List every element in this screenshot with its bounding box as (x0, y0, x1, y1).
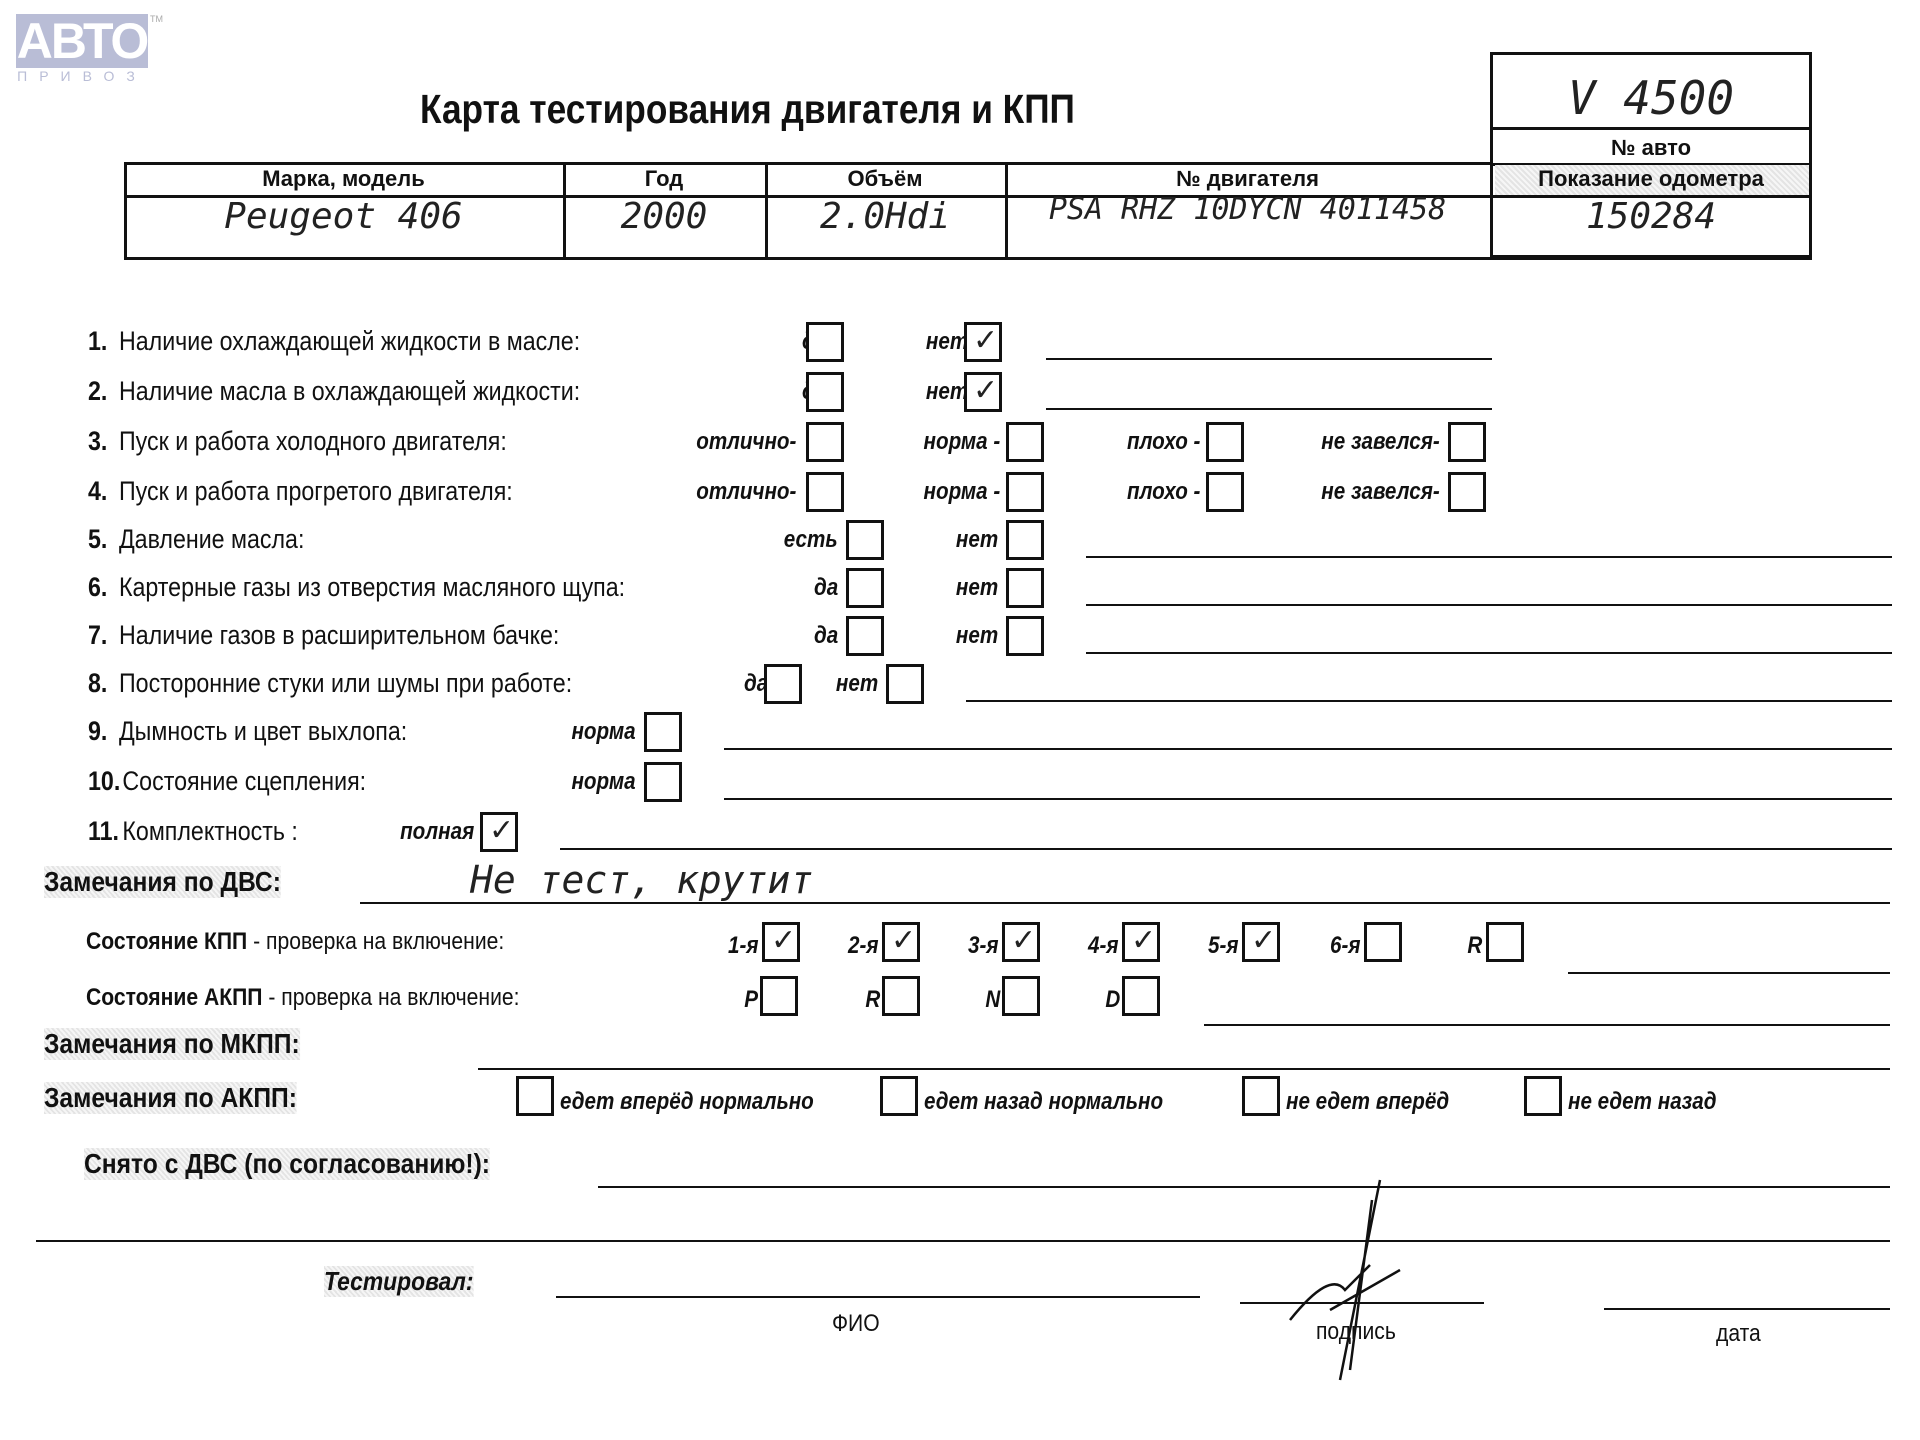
item-label: Дымность и цвет выхлопа: (119, 716, 407, 746)
check-mark-icon: ✓ (771, 923, 796, 958)
item-number: 5. (88, 524, 119, 555)
auto-gearbox-label: Состояние АКПП - проверка на включение: (86, 984, 519, 1012)
item-label: Наличие охлаждающей жидкости в масле: (119, 326, 580, 356)
car-number-value[interactable]: V 4500 (1493, 71, 1809, 125)
mkpp-remarks-label: Замечания по МКПП: (44, 1028, 300, 1060)
checklist-item: 10.Состояние сцепления: (88, 766, 366, 797)
item-number: 10. (88, 766, 122, 797)
checklist-item: 8.Посторонние стуки или шумы при работе: (88, 668, 572, 699)
item-number: 9. (88, 716, 119, 747)
option-checkbox[interactable] (644, 762, 682, 802)
option-checkbox[interactable] (846, 616, 884, 656)
option-label: нет (956, 622, 998, 650)
option-label: нет (836, 670, 878, 698)
item-label: Комплектность : (122, 816, 297, 846)
item-number: 11. (88, 816, 122, 847)
cell-value[interactable]: Peugeot 406 (124, 196, 563, 237)
option-label: плохо - (1127, 478, 1200, 506)
gear-checkbox[interactable]: ✓ (1002, 922, 1040, 962)
option-checkbox[interactable] (886, 664, 924, 704)
item-number: 3. (88, 426, 119, 457)
cell-value[interactable]: 2000 (563, 196, 765, 237)
column-header: Марка, модель (124, 166, 563, 192)
option-label: норма (572, 718, 636, 746)
item-number: 1. (88, 326, 119, 357)
option-checkbox[interactable] (1448, 422, 1486, 462)
position-checkbox[interactable] (1002, 976, 1040, 1016)
option-checkbox[interactable] (806, 372, 844, 412)
option-label: нет (926, 328, 968, 356)
gear-label: 5-я (1207, 932, 1238, 960)
item-number: 2. (88, 376, 119, 407)
option-label: отлично- (696, 428, 796, 456)
akpp-option-checkbox[interactable] (516, 1076, 554, 1116)
option-checkbox[interactable] (764, 664, 802, 704)
option-label: да (814, 622, 838, 650)
fio-label: ФИО (832, 1310, 880, 1338)
option-checkbox[interactable] (1006, 422, 1044, 462)
option-label: нет (956, 574, 998, 602)
check-mark-icon: ✓ (891, 923, 916, 958)
tested-by-label: Тестировал: (324, 1266, 473, 1297)
item-number: 4. (88, 476, 119, 507)
option-checkbox[interactable] (1448, 472, 1486, 512)
notes-field[interactable] (724, 748, 1892, 750)
item-label: Наличие масла в охлаждающей жидкости: (119, 376, 580, 406)
gear-label: 2-я (847, 932, 878, 960)
option-checkbox[interactable] (644, 712, 682, 752)
position-label: N (985, 986, 1000, 1014)
akpp-remarks-label: Замечания по АКПП: (44, 1082, 297, 1114)
option-label: не завелся- (1322, 478, 1440, 506)
column-header: Год (563, 166, 765, 192)
column-header: Показание одометра (1490, 166, 1812, 192)
checklist-item: 9.Дымность и цвет выхлопа: (88, 716, 407, 747)
option-checkbox[interactable] (1206, 422, 1244, 462)
option-checkbox[interactable]: ✓ (964, 372, 1002, 412)
notes-field[interactable] (724, 798, 1892, 800)
option-checkbox[interactable]: ✓ (480, 812, 518, 852)
option-label: отлично- (696, 478, 796, 506)
item-number: 8. (88, 668, 119, 699)
engine-remarks-value[interactable]: Не тест, крутит (470, 858, 813, 902)
engine-remarks-label: Замечания по ДВС: (44, 866, 281, 898)
item-number: 6. (88, 572, 119, 603)
gear-checkbox[interactable]: ✓ (762, 922, 800, 962)
item-label: Давление масла: (119, 524, 304, 554)
option-checkbox[interactable] (846, 520, 884, 560)
option-checkbox[interactable] (846, 568, 884, 608)
akpp-option-checkbox[interactable] (1524, 1076, 1562, 1116)
akpp-option-checkbox[interactable] (1242, 1076, 1280, 1116)
column-header: № двигателя (1005, 166, 1490, 192)
column-header: Объём (765, 166, 1005, 192)
option-label: нет (956, 526, 998, 554)
gear-checkbox[interactable]: ✓ (882, 922, 920, 962)
checklist-item: 5.Давление масла: (88, 524, 304, 555)
gear-label: 3-я (967, 932, 998, 960)
signature-icon (1270, 1170, 1410, 1390)
option-label: есть (784, 526, 838, 554)
position-label: P (744, 986, 758, 1014)
checklist-item: 6.Картерные газы из отверстия масляного … (88, 572, 625, 603)
notes-field[interactable] (1046, 408, 1492, 410)
date-field[interactable] (1604, 1308, 1890, 1310)
cell-value[interactable]: PSA RHZ 10DYCN 4011458 (1005, 196, 1490, 224)
item-label: Картерные газы из отверстия масляного щу… (119, 572, 625, 602)
check-mark-icon: ✓ (1011, 923, 1036, 958)
option-checkbox[interactable] (1006, 520, 1044, 560)
check-mark-icon: ✓ (973, 323, 998, 358)
gear-checkbox[interactable] (1486, 922, 1524, 962)
check-mark-icon: ✓ (489, 813, 514, 848)
gear-label: 6-я (1329, 932, 1360, 960)
extra-line (36, 1240, 1890, 1242)
checklist-item: 7.Наличие газов в расширительном бачке: (88, 620, 559, 651)
check-mark-icon: ✓ (973, 373, 998, 408)
fio-field[interactable] (556, 1296, 1200, 1298)
position-checkbox[interactable] (1122, 976, 1160, 1016)
option-label: норма - (923, 478, 1000, 506)
cell-value[interactable]: 150284 (1490, 196, 1812, 237)
position-checkbox[interactable] (882, 976, 920, 1016)
removed-from-engine-label: Снято с ДВС (по согласованию!): (84, 1148, 490, 1180)
option-checkbox[interactable] (1006, 472, 1044, 512)
option-label: полная (400, 818, 474, 846)
page-title: Карта тестирования двигателя и КПП (420, 86, 1075, 133)
item-label: Посторонние стуки или шумы при работе: (119, 668, 572, 698)
option-label: норма - (923, 428, 1000, 456)
checklist-item: 1.Наличие охлаждающей жидкости в масле: (88, 326, 580, 357)
item-label: Состояние сцепления: (122, 766, 366, 796)
option-checkbox[interactable]: ✓ (964, 322, 1002, 362)
position-label: D (1105, 986, 1120, 1014)
item-label: Пуск и работа холодного двигателя: (119, 426, 507, 456)
gear-label: R (1467, 932, 1482, 960)
car-number-label: № авто (1493, 135, 1809, 161)
gear-label: 1-я (727, 932, 758, 960)
notes-field[interactable] (1086, 652, 1892, 654)
checklist-item: 2.Наличие масла в охлаждающей жидкости: (88, 376, 580, 407)
gear-checkbox[interactable]: ✓ (1122, 922, 1160, 962)
notes-field[interactable] (1086, 604, 1892, 606)
option-checkbox[interactable] (806, 422, 844, 462)
notes-field[interactable] (1046, 358, 1492, 360)
option-label: да (814, 574, 838, 602)
option-label: норма (572, 768, 636, 796)
date-label: дата (1716, 1320, 1761, 1348)
option-label: плохо - (1127, 428, 1200, 456)
logo: АВТО (16, 14, 148, 68)
cell-value[interactable]: 2.0Hdi (765, 196, 1005, 237)
checklist-item: 3.Пуск и работа холодного двигателя: (88, 426, 507, 457)
logo-subtitle: ПРИВОЗ (16, 68, 148, 84)
manual-gearbox-label: Состояние КПП - проверка на включение: (86, 928, 504, 956)
option-checkbox[interactable] (1006, 568, 1044, 608)
trademark-mark: TM (150, 14, 163, 24)
item-number: 7. (88, 620, 119, 651)
position-label: R (865, 986, 880, 1014)
option-checkbox[interactable] (806, 472, 844, 512)
option-label: не завелся- (1322, 428, 1440, 456)
option-checkbox[interactable] (806, 322, 844, 362)
akpp-option-label: не едет вперёд (1286, 1088, 1449, 1116)
gear-checkbox[interactable]: ✓ (1242, 922, 1280, 962)
check-mark-icon: ✓ (1251, 923, 1276, 958)
gear-checkbox[interactable] (1364, 922, 1402, 962)
option-checkbox[interactable] (1006, 616, 1044, 656)
option-checkbox[interactable] (1206, 472, 1244, 512)
notes-field[interactable] (1086, 556, 1892, 558)
akpp-option-label: едет вперёд нормально (560, 1088, 814, 1116)
item-label: Пуск и работа прогретого двигателя: (119, 476, 513, 506)
notes-field[interactable] (560, 848, 1892, 850)
checklist-item: 4.Пуск и работа прогретого двигателя: (88, 476, 513, 507)
item-label: Наличие газов в расширительном бачке: (119, 620, 559, 650)
position-checkbox[interactable] (760, 976, 798, 1016)
notes-field[interactable] (966, 700, 1892, 702)
akpp-option-checkbox[interactable] (880, 1076, 918, 1116)
option-label: нет (926, 378, 968, 406)
akpp-option-label: едет назад нормально (924, 1088, 1163, 1116)
akpp-option-label: не едет назад (1568, 1088, 1716, 1116)
gear-label: 4-я (1087, 932, 1118, 960)
check-mark-icon: ✓ (1131, 923, 1156, 958)
checklist-item: 11.Комплектность : (88, 816, 298, 847)
